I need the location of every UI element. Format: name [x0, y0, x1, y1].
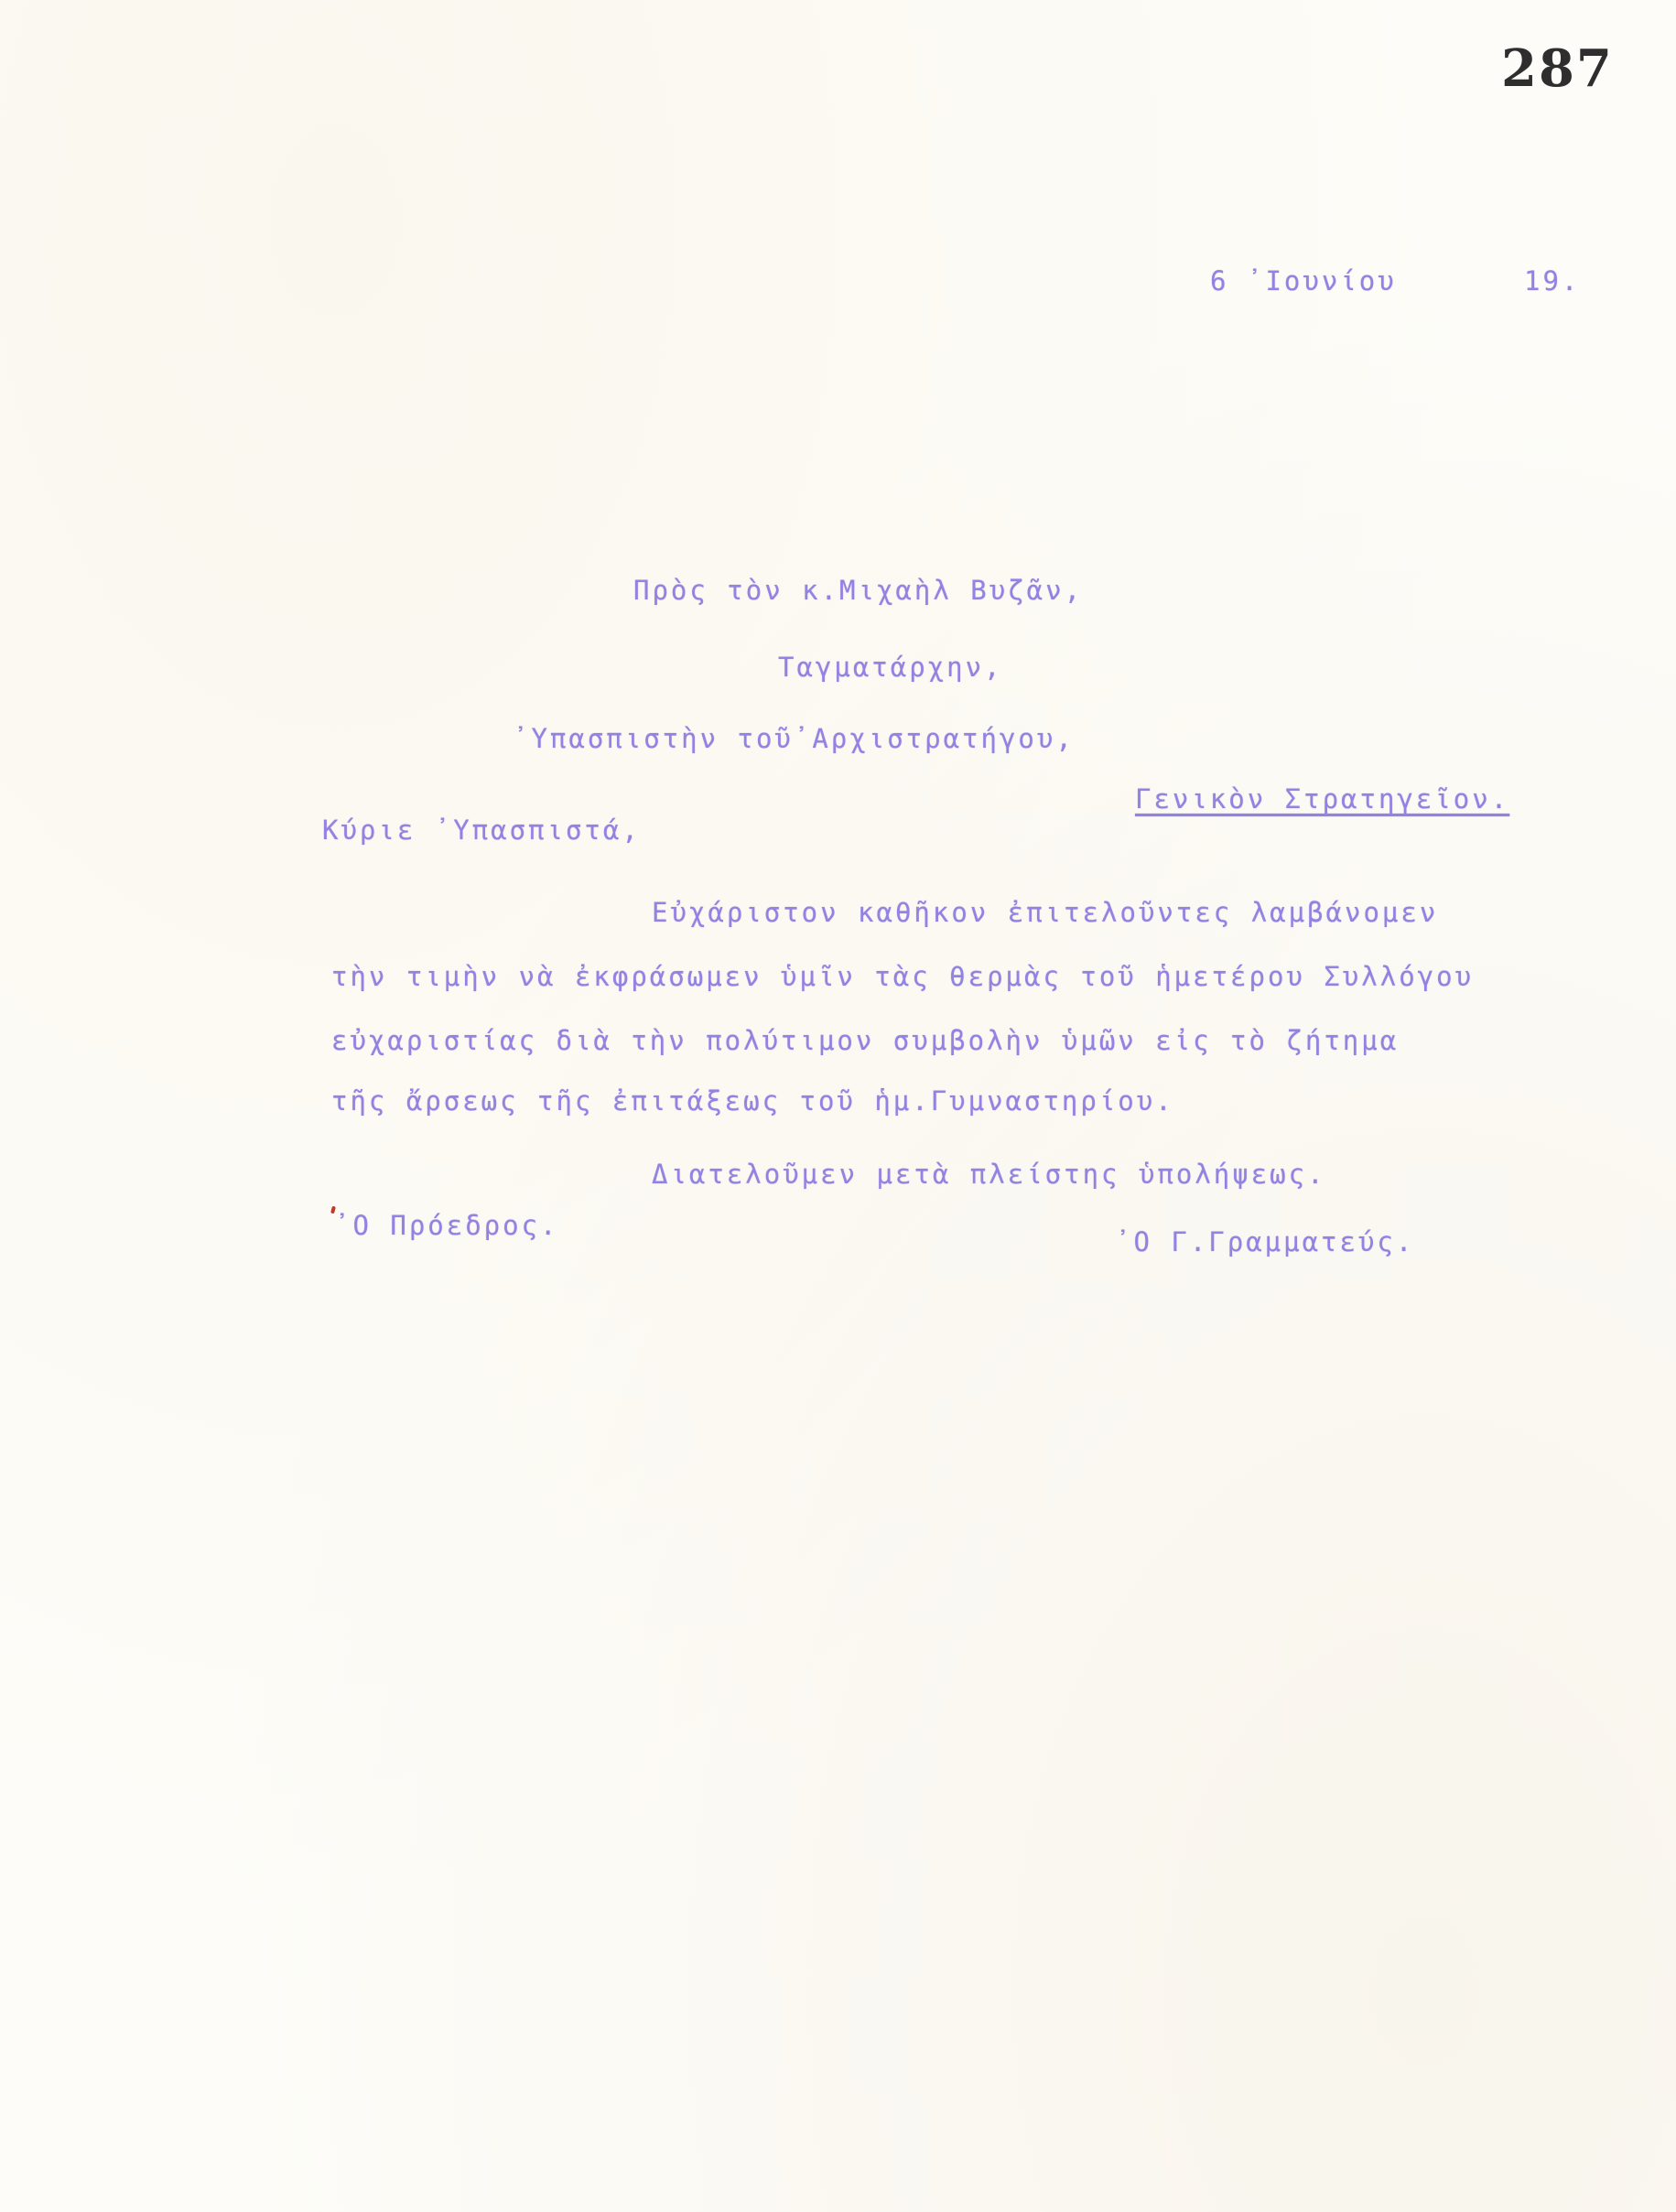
signature-president: ᾽Ο Πρόεδρος. [334, 1210, 559, 1241]
body-line-2: τὴν τιμὴν νὰ ἐκφράσωμεν ὑμῖν τὰς θερμὰς … [331, 961, 1474, 992]
recipient-name: Πρὸς τὸν κ.Μιχαὴλ Βυζᾶν, [633, 575, 1083, 606]
signature-secretary: ᾽Ο Γ.Γραμματεύς. [1115, 1226, 1414, 1257]
date-month: ᾽Ιουνίου [1247, 265, 1397, 297]
recipient-location: Γενικὸν Στρατηγεῖον. [1135, 783, 1509, 815]
date-year: 19. [1524, 265, 1580, 297]
recipient-rank: Ταγματάρχην, [778, 652, 1003, 683]
body-line-1: Εὐχάριστον καθῆκον ἐπιτελοῦντες λαμβάνομ… [652, 897, 1438, 928]
date-day: 6 [1210, 265, 1228, 297]
document-page: 287 6 ᾽Ιουνίου 19. Πρὸς τὸν κ.Μιχαὴλ Βυζ… [0, 0, 1676, 2212]
salutation: Κύριε ᾽Υπασπιστά, [322, 815, 641, 846]
page-number: 287 [1501, 38, 1614, 99]
body-line-4: τῆς ἄρσεως τῆς ἐπιτάξεως τοῦ ἡμ.Γυμναστη… [331, 1085, 1174, 1117]
body-line-3: εὐχαριστίας διὰ τὴν πολύτιμον συμβολὴν ὑ… [331, 1025, 1399, 1056]
closing-line: Διατελοῦμεν μετὰ πλείστης ὑπολήψεως. [652, 1159, 1326, 1190]
recipient-position: ᾽Υπασπιστὴν τοῦ᾽Αρχιστρατήγου, [513, 723, 1075, 754]
